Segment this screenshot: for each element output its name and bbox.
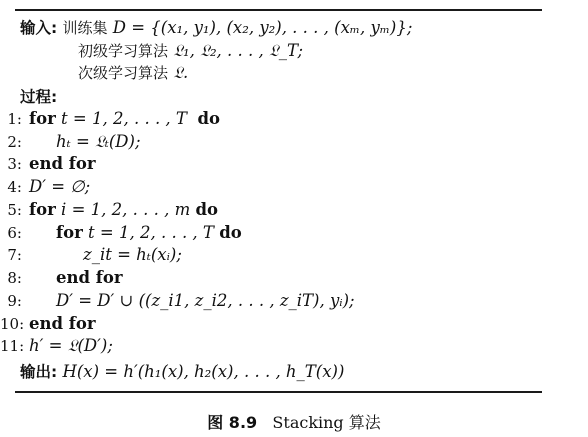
step-number: 5: <box>0 199 22 221</box>
step-number: 11: <box>0 335 22 357</box>
output-line: 输出: H(x) = h′(h₁(x), h₂(x), . . . , h_T(… <box>20 361 344 383</box>
step-text: D′ = D′ ∪ ((z_i1, z_i2, . . . , z_iT), y… <box>29 291 355 310</box>
input-math-2: 𝔏₁, 𝔏₂, . . . , 𝔏_T; <box>173 41 303 60</box>
input-label: 输入: <box>20 19 57 37</box>
figure-title: Stacking 算法 <box>272 413 380 432</box>
output-math: H(x) = h′(h₁(x), h₂(x), . . . , h_T(x)) <box>62 362 344 381</box>
step-number: 2: <box>0 131 22 153</box>
step-1: 1:for t = 1, 2, . . . , T do <box>0 108 220 130</box>
process-heading: 过程: <box>20 86 57 108</box>
step-11: 11:h′ = 𝔏(D′); <box>0 335 113 357</box>
step-number: 10: <box>0 313 22 335</box>
step-9: 9:D′ = D′ ∪ ((z_i1, z_i2, . . . , z_iT),… <box>0 290 355 312</box>
input-cn-1: 训练集 <box>62 19 107 37</box>
input-line-3: 次级学习算法 𝔏. <box>78 62 188 84</box>
step-6: 6:for t = 1, 2, . . . , T do <box>0 222 242 244</box>
figure-caption: 图 8.9 Stacking 算法 <box>0 410 588 433</box>
input-cn-3: 次级学习算法 <box>78 64 168 82</box>
top-rule <box>15 9 542 11</box>
input-cn-2: 初级学习算法 <box>78 42 168 60</box>
step-10: 10:end for <box>0 313 96 335</box>
keyword-do: do <box>219 223 242 242</box>
step-text: D′ = ∅; <box>29 177 90 196</box>
step-number: 1: <box>0 108 22 130</box>
keyword: end for <box>29 154 96 173</box>
step-text: z_it = hₜ(xᵢ); <box>29 245 182 264</box>
step-number: 7: <box>0 244 22 266</box>
input-line-1: 输入: 训练集 D = {(x₁, y₁), (x₂, y₂), . . . ,… <box>20 17 412 39</box>
keyword: for <box>29 200 56 219</box>
step-number: 9: <box>0 290 22 312</box>
step-number: 8: <box>0 267 22 289</box>
input-math-3: 𝔏. <box>173 63 188 82</box>
step-number: 4: <box>0 176 22 198</box>
figure-number: 图 8.9 <box>207 413 257 432</box>
step-text: t = 1, 2, . . . , T <box>61 109 187 128</box>
keyword-do: do <box>195 200 218 219</box>
step-7: 7:z_it = hₜ(xᵢ); <box>0 244 182 266</box>
step-number: 6: <box>0 222 22 244</box>
keyword: for <box>56 223 83 242</box>
step-number: 3: <box>0 153 22 175</box>
step-text: t = 1, 2, . . . , T <box>88 223 214 242</box>
process-label: 过程: <box>20 88 57 106</box>
bottom-rule <box>15 391 542 393</box>
keyword: end for <box>29 314 96 333</box>
step-text: hₜ = 𝔏ₜ(D); <box>29 132 141 151</box>
step-8: 8:end for <box>0 267 123 289</box>
step-3: 3:end for <box>0 153 96 175</box>
input-line-2: 初级学习算法 𝔏₁, 𝔏₂, . . . , 𝔏_T; <box>78 40 303 62</box>
keyword: end for <box>56 268 123 287</box>
keyword: for <box>29 109 56 128</box>
output-label: 输出: <box>20 363 57 381</box>
input-math-1: D = {(x₁, y₁), (x₂, y₂), . . . , (xₘ, yₘ… <box>113 18 413 37</box>
step-text: h′ = 𝔏(D′); <box>29 336 113 355</box>
step-text: i = 1, 2, . . . , m <box>61 200 190 219</box>
keyword-do: do <box>197 109 220 128</box>
step-4: 4:D′ = ∅; <box>0 176 90 198</box>
step-5: 5:for i = 1, 2, . . . , m do <box>0 199 218 221</box>
step-2: 2:hₜ = 𝔏ₜ(D); <box>0 131 141 153</box>
